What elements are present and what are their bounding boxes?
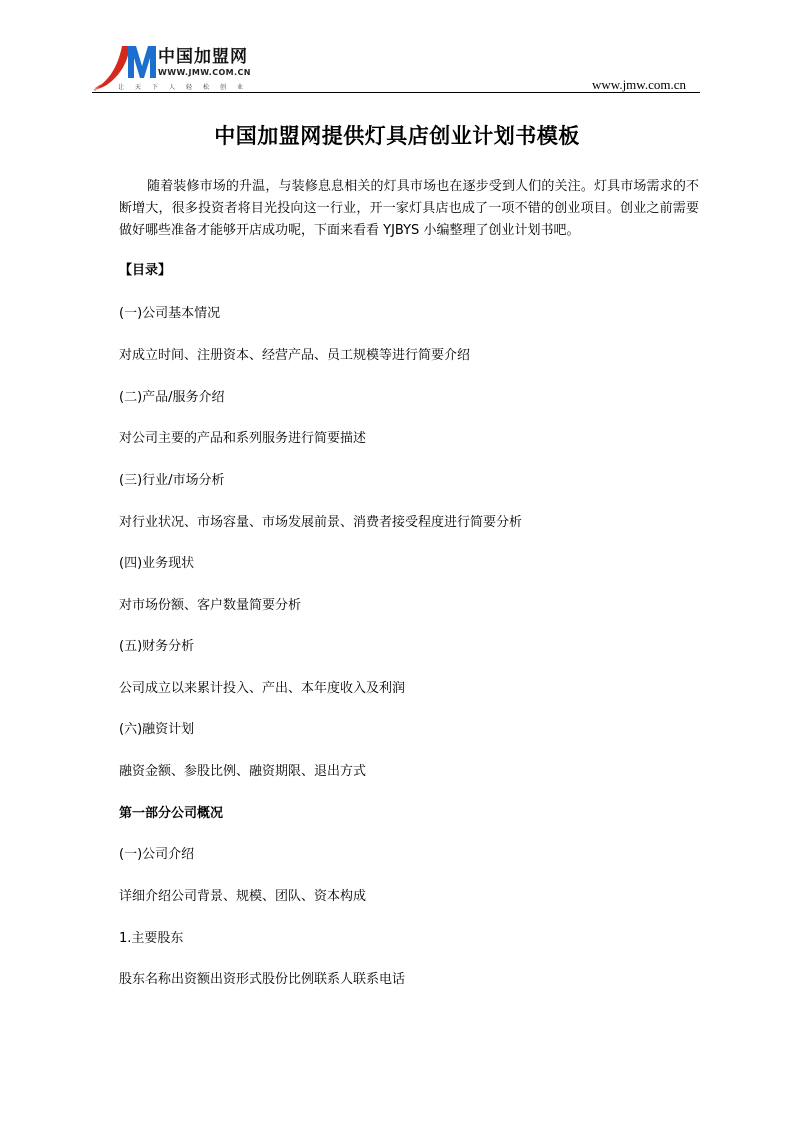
toc-desc-5: 公司成立以来累计投入、产出、本年度收入及利润 (119, 680, 405, 698)
part1-subheading: (一)公司介绍 (119, 846, 194, 864)
intro-paragraph: 随着装修市场的升温，与装修息息相关的灯具市场也在逐步受到人们的关注。灯具市场需求… (119, 176, 699, 242)
site-url: www.jmw.com.cn (592, 77, 686, 93)
jmw-logo: 中国加盟网 WWW.JMW.COM.CN 让天下人轻松创业 (92, 44, 272, 92)
logo-url: WWW.JMW.COM.CN (158, 68, 251, 77)
toc-heading-3: (三)行业/市场分析 (119, 472, 225, 490)
part1-subdesc: 详细介绍公司背景、规模、团队、资本构成 (119, 888, 366, 906)
toc-heading-5: (五)财务分析 (119, 638, 194, 656)
toc-heading-4: (四)业务现状 (119, 555, 194, 573)
toc-desc-6: 融资金额、参股比例、融资期限、退出方式 (119, 763, 366, 781)
toc-desc-3: 对行业状况、市场容量、市场发展前景、消费者接受程度进行简要分析 (119, 514, 522, 532)
toc-heading: 【目录】 (119, 262, 171, 280)
logo-name: 中国加盟网 (158, 48, 248, 66)
toc-heading-6: (六)融资计划 (119, 721, 194, 739)
toc-heading-2: (二)产品/服务介绍 (119, 389, 225, 407)
part1-item1: 1.主要股东 (119, 930, 183, 948)
toc-desc-2: 对公司主要的产品和系列服务进行简要描述 (119, 430, 366, 448)
toc-heading-1: (一)公司基本情况 (119, 305, 220, 323)
part1-heading: 第一部分公司概况 (119, 805, 223, 823)
part1-item1-desc: 股东名称出资额出资形式股份比例联系人联系电话 (119, 971, 405, 989)
logo-slogan: 让天下人轻松创业 (118, 82, 254, 91)
document-title: 中国加盟网提供灯具店创业计划书模板 (0, 121, 794, 151)
page-header: 中国加盟网 WWW.JMW.COM.CN 让天下人轻松创业 www.jmw.co… (92, 40, 700, 94)
toc-desc-4: 对市场份额、客户数量简要分析 (119, 597, 301, 615)
toc-desc-1: 对成立时间、注册资本、经营产品、员工规模等进行简要介绍 (119, 347, 470, 365)
header-divider (92, 92, 700, 93)
